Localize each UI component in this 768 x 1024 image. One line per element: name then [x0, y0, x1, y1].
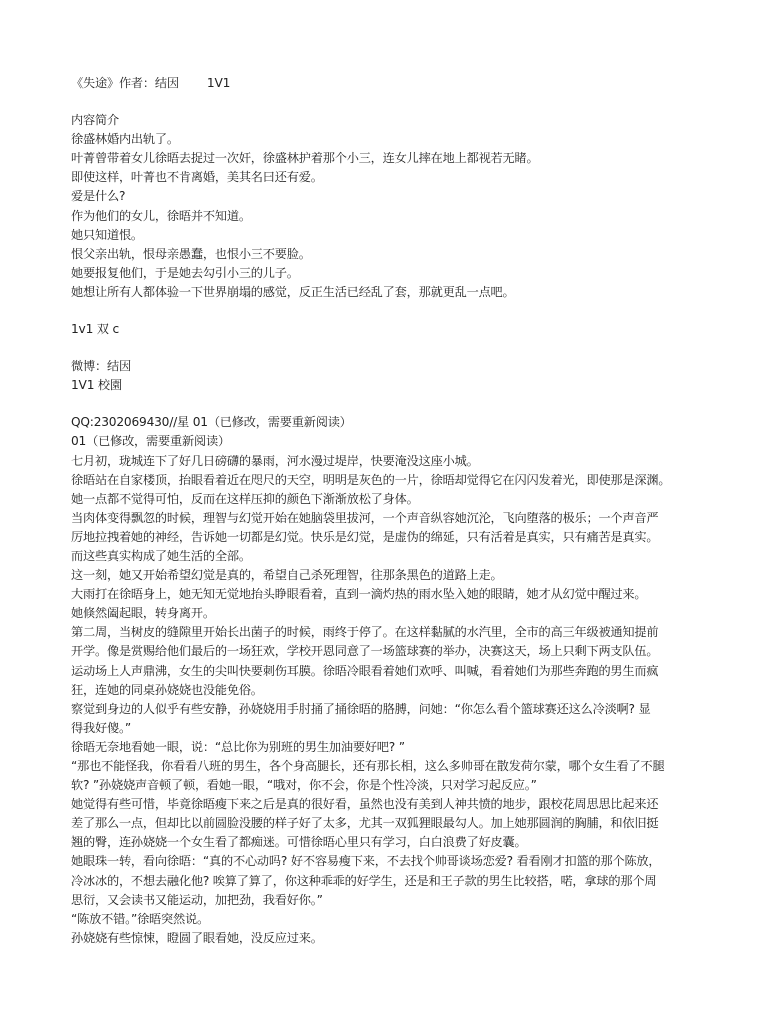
weibo-line: 微博：结因	[71, 357, 751, 376]
body-line: 运动场上人声鼎沸，女生的尖叫快要刺伤耳膜。徐晤冷眼看着她们欢呼、叫喊，看着她们为…	[71, 662, 751, 681]
tags-line: 1v1 双 c	[71, 320, 751, 339]
blank-line	[71, 395, 751, 413]
body-line: 开学。像是赏赐给他们最后的一场狂欢，学校开恩同意了一场篮球赛的举办，决赛这天，场…	[71, 642, 751, 661]
body-line: 第二周，当树皮的缝隙里开始长出菌子的时候，雨终于停了。在这样黏腻的水汽里，全市的…	[71, 623, 751, 642]
chapter-body: 七月初，珑城连下了好几日磅礴的暴雨，河水漫过堤岸，快要淹没这座小城。 徐晤站在自…	[71, 452, 751, 948]
document-title-tag: 1V1	[207, 76, 230, 90]
synopsis-line: 她只知道恨。	[71, 226, 751, 245]
genre-line: 1V1 校園	[71, 376, 751, 395]
blank-line	[71, 93, 751, 111]
body-line: 七月初，珑城连下了好几日磅礴的暴雨，河水漫过堤岸，快要淹没这座小城。	[71, 452, 751, 471]
body-line: 得我好傻。”	[71, 719, 751, 738]
document-title: 《失途》作者：结因	[71, 76, 179, 90]
synopsis-line: 叶菁曾带着女儿徐晤去捉过一次奸，徐盛林护着那个小三，连女儿摔在地上都视若无睹。	[71, 149, 751, 168]
body-line: 厉地拉拽着她的神经，告诉她一切都是幻觉。快乐是幻觉，是虚伪的绵延，只有活着是真实…	[71, 528, 751, 547]
synopsis-line: 作为他们的女儿，徐晤并不知道。	[71, 207, 751, 226]
body-line: 她眼珠一转，看向徐晤：“真的不心动吗? 好不容易瘦下来，不去找个帅哥谈场恋爱? …	[71, 852, 751, 871]
body-line: 差了那么一点，但却比以前圆脸没腰的样子好了太多，尤其一双狐狸眼最勾人。加上她那圆…	[71, 814, 751, 833]
synopsis-line: 徐盛林婚内出轨了。	[71, 130, 751, 149]
body-line: 她觉得有些可惜，毕竟徐晤瘦下来之后是真的很好看，虽然也没有美到人神共愤的地步，跟…	[71, 795, 751, 814]
body-line: “那也不能怪我，你看看八班的男生，各个身高腿长，还有那长相，这么多帅哥在散发荷尔…	[71, 757, 751, 776]
body-line: 狂，连她的同桌孙娆娆也没能免俗。	[71, 681, 751, 700]
body-line: 大雨打在徐晤身上，她无知无觉地抬头睁眼看着，直到一滴灼热的雨水坠入她的眼睛，她才…	[71, 585, 751, 604]
body-line: 她一点都不觉得可怕，反而在这样压抑的颜色下渐渐放松了身体。	[71, 490, 751, 509]
body-line: 孙娆娆有些惊悚，瞪圆了眼看她，没反应过来。	[71, 929, 751, 948]
synopsis-line: 即使这样，叶菁也不肯离婚，美其名曰还有爱。	[71, 168, 751, 187]
synopsis-line: 她想让所有人都体验一下世界崩塌的感觉，反正生活已经乱了套，那就更乱一点吧。	[71, 283, 751, 302]
chapter-heading: 01（已修改，需要重新阅读）	[71, 432, 751, 451]
body-line: 翘的臀，连孙娆娆一个女生看了都痴迷。可惜徐晤心里只有学习，白白浪费了好皮囊。	[71, 833, 751, 852]
body-line: 徐晤站在自家楼顶，抬眼看着近在咫尺的天空，明明是灰色的一片，徐晤却觉得它在闪闪发…	[71, 471, 751, 490]
blank-line	[71, 339, 751, 357]
document-title-line: 《失途》作者：结因1V1	[71, 74, 751, 93]
synopsis-line: 恨父亲出轨，恨母亲愚蠢，也恨小三不要脸。	[71, 245, 751, 264]
body-line: 这一刻，她又开始希望幻觉是真的，希望自己杀死理智，往那条黑色的道路上走。	[71, 566, 751, 585]
document-page: 《失途》作者：结因1V1 内容简介 徐盛林婚内出轨了。 叶菁曾带着女儿徐晤去捉过…	[71, 74, 751, 948]
synopsis-paragraphs: 徐盛林婚内出轨了。 叶菁曾带着女儿徐晤去捉过一次奸，徐盛林护着那个小三，连女儿摔…	[71, 130, 751, 302]
blank-line	[71, 302, 751, 320]
body-line: 而这些真实构成了她生活的全部。	[71, 547, 751, 566]
synopsis-heading: 内容简介	[71, 111, 751, 130]
body-line: 思衍，又会读书又能运动，加把劲，我看好你。”	[71, 891, 751, 910]
body-line: 徐晤无奈地看她一眼，说：“总比你为别班的男生加油要好吧? ”	[71, 738, 751, 757]
qq-line: QQ:2302069430//星 01（已修改，需要重新阅读）	[71, 413, 751, 432]
body-line: 察觉到身边的人似乎有些安静，孙娆娆用手肘捅了捅徐晤的胳膊，问她：“你怎么看个篮球…	[71, 700, 751, 719]
body-line: 软? ”孙娆娆声音顿了顿，看她一眼，“哦对，你不会，你是个性冷淡，只对学习起反应…	[71, 776, 751, 795]
body-line: “陈放不错。”徐晤突然说。	[71, 910, 751, 929]
body-line: 当肉体变得飘忽的时候，理智与幻觉开始在她脑袋里拔河，一个声音纵容她沉沦，飞向堕落…	[71, 509, 751, 528]
synopsis-line: 爱是什么?	[71, 187, 751, 206]
synopsis-line: 她要报复他们，于是她去勾引小三的儿子。	[71, 264, 751, 283]
body-line: 冷冰冰的，不想去融化他? 唉算了算了，你这种乖乖的好学生，还是和王子款的男生比较…	[71, 872, 751, 891]
body-line: 她倏然阖起眼，转身离开。	[71, 604, 751, 623]
